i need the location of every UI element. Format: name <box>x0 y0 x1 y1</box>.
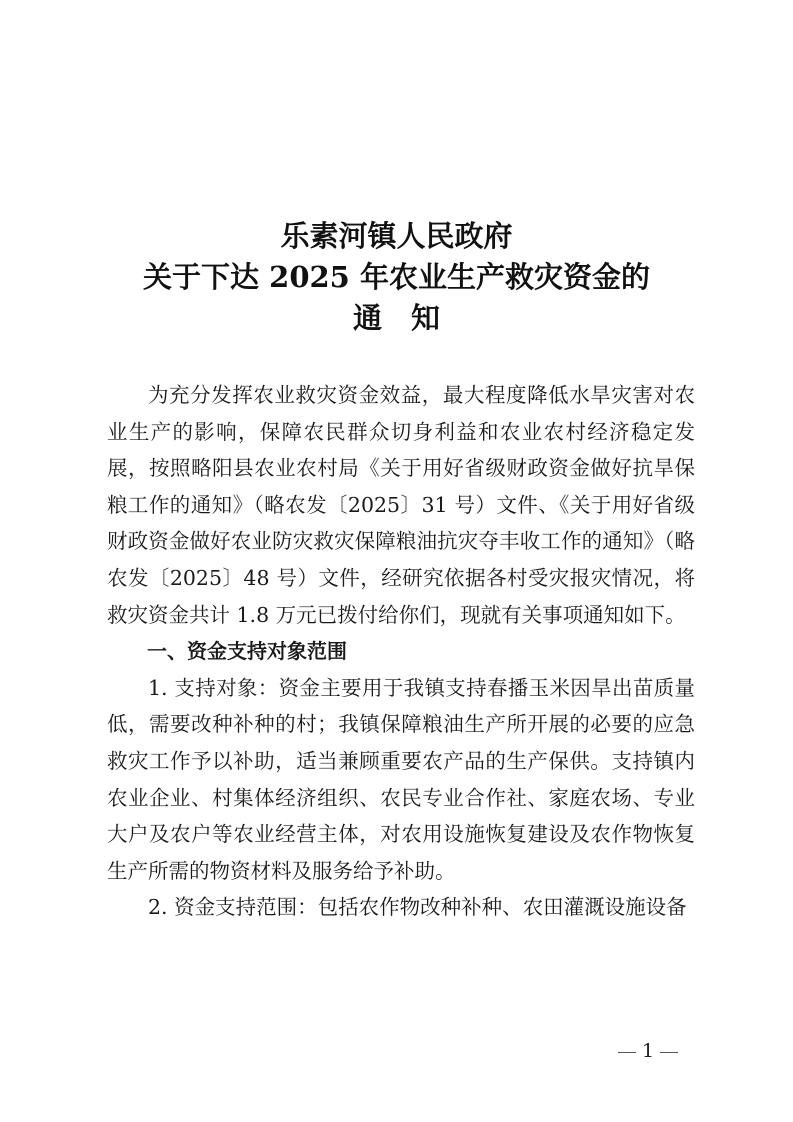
document-title: 乐素河镇人民政府 关于下达 2025 年农业生产救灾资金的 通 知 <box>0 216 793 339</box>
section-item: 1. 支持对象：资金主要用于我镇支持春播玉米因旱出苗质量低，需要改种补种的村；我… <box>107 670 695 890</box>
document-body: 为充分发挥农业救灾资金效益，最大程度降低水旱灾害对农业生产的影响，保障农民群众切… <box>107 377 695 926</box>
title-issuer: 乐素河镇人民政府 <box>0 216 793 257</box>
page-number: 1 <box>642 1040 654 1062</box>
page-footer: 1 <box>612 1040 684 1062</box>
document-page: 乐素河镇人民政府 关于下达 2025 年农业生产救灾资金的 通 知 为充分发挥农… <box>0 0 793 1122</box>
section-item: 2. 资金支持范围：包括农作物改种补种、农田灌溉设施设备 <box>107 889 695 926</box>
intro-paragraph: 为充分发挥农业救灾资金效益，最大程度降低水旱灾害对农业生产的影响，保障农民群众切… <box>107 377 695 633</box>
title-doc-type: 通 知 <box>0 298 793 339</box>
title-subject: 关于下达 2025 年农业生产救灾资金的 <box>0 257 793 298</box>
dash-right-icon <box>660 1052 678 1053</box>
dash-left-icon <box>618 1052 636 1053</box>
section-heading: 一、资金支持对象范围 <box>107 633 695 670</box>
